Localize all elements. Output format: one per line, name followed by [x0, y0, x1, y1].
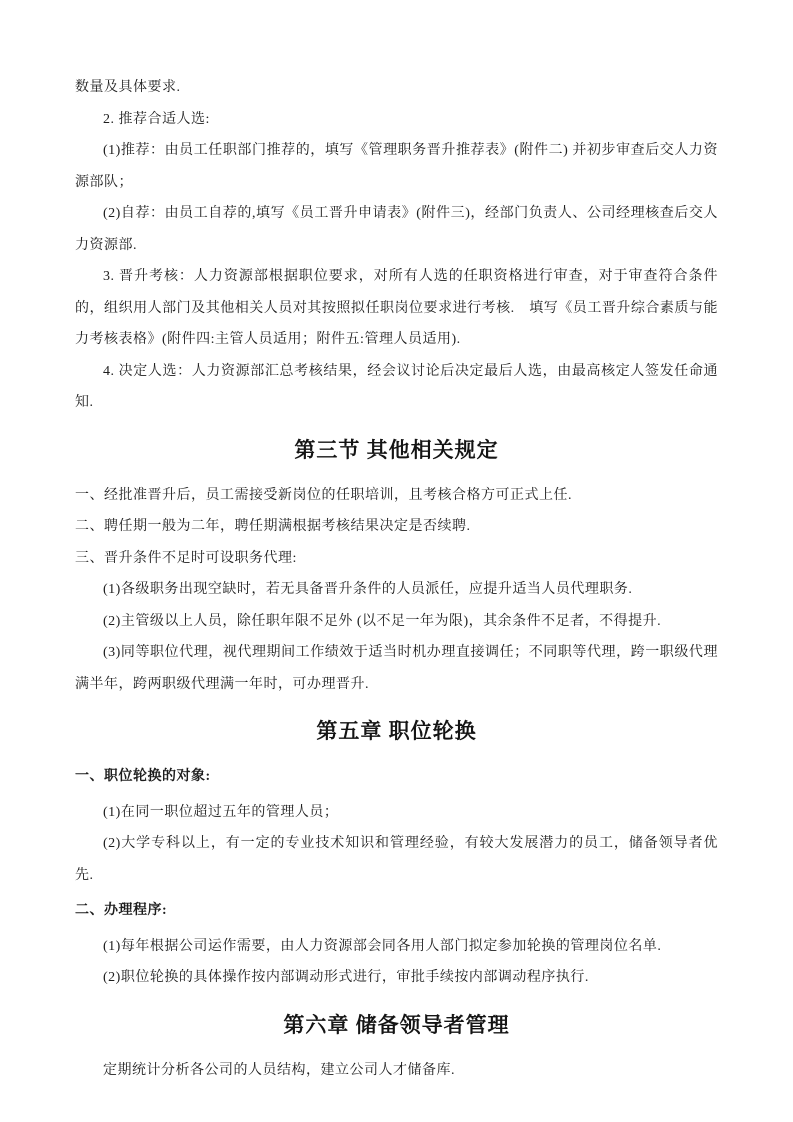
list-item-recommend-header: 2. 推荐合适人选:: [75, 104, 718, 136]
rotation-targets-header: 一、职位轮换的对象:: [75, 761, 718, 793]
chapter-heading-job-rotation: 第五章 职位轮换: [75, 715, 718, 748]
rule-item-3-sub-2: (2)主管级以上人员，除任职年限不足外 (以不足一年为限)，其余条件不足者，不得…: [75, 606, 718, 638]
list-item-final-decision: 4. 决定人选：人力资源部汇总考核结果，经会议讨论后决定最后人选，由最高核定人签…: [75, 356, 718, 419]
rule-item-3-sub-3: (3)同等职位代理，视代理期间工作绩效于适当时机办理直接调任；不同职等代理，跨一…: [75, 637, 718, 700]
document-page: 数量及具体要求. 2. 推荐合适人选: (1)推荐：由员工任职部门推荐的，填写《…: [0, 0, 793, 1122]
rule-item-1: 一、经批准晋升后，员工需接受新岗位的任职培训，且考核合格方可正式上任.: [75, 480, 718, 512]
rule-item-3: 三、晋升条件不足时可设职务代理:: [75, 543, 718, 575]
list-item-recommendation: (1)推荐：由员工任职部门推荐的，填写《管理职务晋升推荐表》(附件二) 并初步审…: [75, 135, 718, 198]
rule-item-2: 二、聘任期一般为二年，聘任期满根据考核结果决定是否续聘.: [75, 511, 718, 543]
rotation-target-2: (2)大学专科以上，有一定的专业技术知识和管理经验，有较大发展潜力的员工，储备领…: [75, 828, 718, 891]
rotation-procedure-header: 二、办理程序:: [75, 895, 718, 927]
paragraph-continuation: 数量及具体要求.: [75, 72, 718, 104]
reserve-leaders-body: 定期统计分析各公司的人员结构，建立公司人才储备库.: [75, 1055, 718, 1087]
list-item-self-recommend: (2)自荐：由员工自荐的,填写《员工晋升申请表》(附件三)，经部门负责人、公司经…: [75, 198, 718, 261]
rotation-target-1: (1)在同一职位超过五年的管理人员；: [75, 797, 718, 829]
rotation-procedure-2: (2)职位轮换的具体操作按内部调动形式进行，审批手续按内部调动程序执行.: [75, 962, 718, 994]
section-heading-other-rules: 第三节 其他相关规定: [75, 434, 718, 467]
rotation-procedure-1: (1)每年根据公司运作需要，由人力资源部会同各用人部门拟定参加轮换的管理岗位名单…: [75, 931, 718, 963]
chapter-heading-reserve-leaders: 第六章 储备领导者管理: [75, 1009, 718, 1042]
list-item-promotion-review: 3. 晋升考核：人力资源部根据职位要求，对所有人选的任职资格进行审查，对于审查符…: [75, 261, 718, 356]
rule-item-3-sub-1: (1)各级职务出现空缺时，若无具备晋升条件的人员派任，应提升适当人员代理职务.: [75, 574, 718, 606]
